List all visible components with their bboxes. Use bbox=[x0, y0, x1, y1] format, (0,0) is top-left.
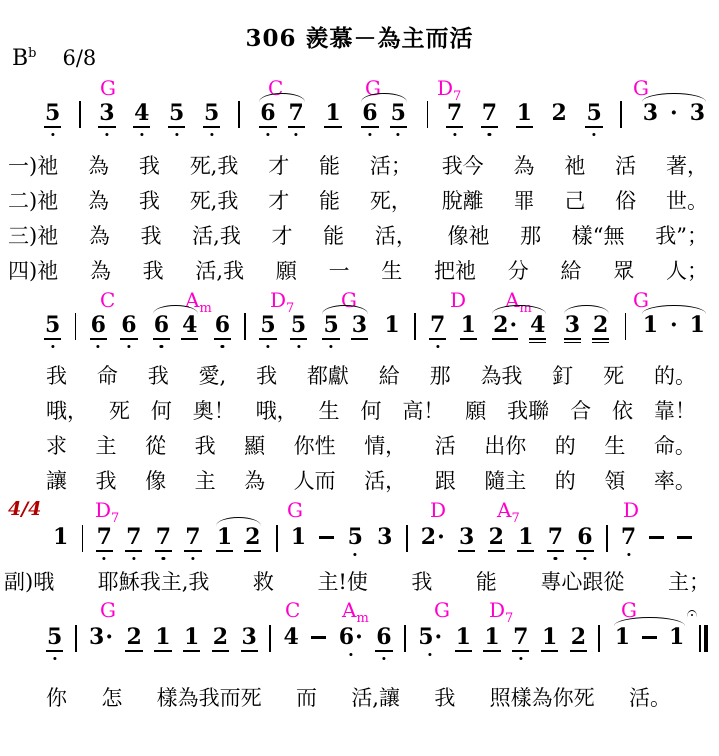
eighth-underline bbox=[244, 550, 261, 552]
eighth-underline bbox=[288, 126, 305, 128]
eighth-underline bbox=[460, 338, 477, 340]
note-7: 7 bbox=[155, 526, 172, 548]
low-octave-dot bbox=[554, 557, 557, 560]
lyric-syllable: 我 bbox=[256, 360, 277, 390]
eighth-underline bbox=[153, 338, 170, 340]
eighth-underline bbox=[259, 126, 276, 128]
note-1: 1 bbox=[689, 314, 706, 336]
eighth-underline bbox=[212, 650, 229, 652]
chord-quality: 7 bbox=[505, 611, 513, 626]
lyric-syllable: 能 bbox=[476, 566, 497, 596]
lyric-syllable: 罪 bbox=[514, 185, 535, 215]
lyric-syllable: 你性 bbox=[294, 430, 336, 460]
low-octave-dot bbox=[53, 657, 56, 660]
low-octave-dot bbox=[103, 557, 106, 560]
barline bbox=[82, 525, 84, 552]
note-digit: 6 bbox=[121, 314, 136, 336]
note-5: 5 bbox=[44, 314, 61, 336]
chord-row-3: 4/4D7GDA7D bbox=[0, 498, 719, 520]
eighth-underline bbox=[44, 126, 61, 128]
note-digit: 2 bbox=[245, 526, 260, 548]
note-4: 4 bbox=[283, 626, 300, 648]
lyric-syllable: 我 bbox=[141, 220, 162, 250]
chord-root: G bbox=[100, 76, 116, 100]
barline-thick bbox=[704, 625, 708, 652]
note-digit: 3 bbox=[352, 314, 367, 336]
chord-root: D bbox=[489, 598, 505, 622]
lyric-syllable: 死,我 bbox=[190, 150, 239, 180]
verse-3: 三)祂為我活,我才能活，像祂那樣“無我”； bbox=[8, 220, 708, 250]
lyric-syllable: 三)祂 bbox=[8, 220, 58, 250]
lyric-syllable: 活。 bbox=[629, 682, 671, 712]
note-3: 3 bbox=[458, 526, 475, 548]
augmentation-dot: · bbox=[670, 314, 678, 336]
note-digit: 2 bbox=[213, 626, 228, 648]
note-digit: 1 bbox=[384, 314, 399, 336]
chord-root: C bbox=[100, 288, 115, 312]
note-1: 1 bbox=[290, 526, 307, 548]
lyric-syllable: 願 bbox=[276, 255, 297, 285]
low-octave-dot bbox=[453, 133, 456, 136]
chord-root: D bbox=[623, 498, 639, 522]
lyric-syllable: 跟 bbox=[435, 465, 456, 495]
note-digit: 2 bbox=[493, 314, 508, 336]
note-7: 7 bbox=[96, 526, 113, 548]
lyric-syllable: 合 bbox=[570, 395, 591, 425]
final-lyric: 你怎樣為我而死而活,讓我照樣為你死活。 bbox=[46, 682, 671, 712]
low-octave-dot bbox=[266, 133, 269, 136]
lyric-syllable: 那 bbox=[520, 220, 541, 250]
lyric-syllable: 為 bbox=[88, 185, 109, 215]
lyric-syllable: 我 bbox=[96, 465, 117, 495]
eighth-underline bbox=[181, 338, 198, 340]
note-6: 6 bbox=[153, 314, 170, 336]
lyric-syllable: 那 bbox=[430, 360, 451, 390]
note-2: 2 bbox=[488, 526, 505, 548]
note-digit: 5 bbox=[45, 102, 60, 124]
low-octave-dot bbox=[127, 345, 130, 348]
lyric-syllable: 活,讓 bbox=[351, 682, 400, 712]
eighth-underline bbox=[351, 338, 368, 340]
note-6: 6 bbox=[120, 314, 137, 336]
music-line-2: 56664655531712·4321·1 bbox=[44, 314, 708, 358]
note-digit: 2 bbox=[126, 626, 141, 648]
eighth-underline bbox=[133, 126, 150, 128]
note-2: 2· bbox=[492, 314, 518, 336]
lyric-syllable: 的 bbox=[555, 430, 576, 460]
note-digit: 1 bbox=[217, 526, 232, 548]
eighth-underline bbox=[361, 126, 378, 128]
final-barline bbox=[699, 625, 708, 652]
note-digit: 3 bbox=[377, 526, 392, 548]
eighth-underline bbox=[483, 650, 500, 652]
note-digit: 6 bbox=[339, 626, 354, 648]
lyric-syllable: 我今 bbox=[442, 150, 484, 180]
lyric-syllable: 情， bbox=[364, 430, 406, 460]
note-1: 1 bbox=[517, 526, 534, 548]
note-5: 5 bbox=[46, 626, 63, 648]
eighth-underline bbox=[390, 126, 407, 128]
lyric-syllable: 為我 bbox=[480, 360, 522, 390]
note-2: 2· bbox=[420, 526, 446, 548]
note-3: 3 bbox=[689, 102, 706, 124]
note-1: 1 bbox=[516, 102, 533, 124]
low-octave-dot bbox=[132, 557, 135, 560]
note-7: 7 bbox=[620, 526, 637, 548]
eighth-underline bbox=[512, 650, 529, 652]
lyric-syllable: 死,我 bbox=[190, 185, 239, 215]
note-digit: 4 bbox=[134, 102, 149, 124]
lyric-syllable: 一)祂 bbox=[8, 150, 58, 180]
lyric-syllable: 的。 bbox=[654, 360, 696, 390]
note-digit: 1 bbox=[690, 314, 705, 336]
note-digit: 7 bbox=[430, 314, 445, 336]
note-7: 7 bbox=[125, 526, 142, 548]
lyric-syllable: 出你 bbox=[484, 430, 526, 460]
note-7: 7 bbox=[481, 102, 498, 124]
note-3: 3 bbox=[376, 526, 393, 548]
note-digit: 1 bbox=[542, 626, 557, 648]
chord-root: A bbox=[497, 498, 511, 522]
barline bbox=[414, 313, 416, 340]
note-6: 6 bbox=[90, 314, 107, 336]
low-octave-dot bbox=[97, 345, 100, 348]
lyric-syllable: 我 bbox=[46, 360, 67, 390]
eighth-underline bbox=[481, 126, 498, 128]
lyric-syllable: 俗 bbox=[615, 185, 636, 215]
lyric-syllable: 己 bbox=[564, 185, 585, 215]
note-6: 6 bbox=[259, 102, 276, 124]
note-5: 5· bbox=[417, 626, 443, 648]
lyric-syllable: 依 bbox=[612, 395, 633, 425]
lyric-syllable: 哦， bbox=[46, 395, 88, 425]
note-digit: 3 bbox=[89, 626, 104, 648]
note-digit: 2 bbox=[593, 314, 608, 336]
note-1: 1 bbox=[455, 626, 472, 648]
chord-G: G bbox=[287, 498, 303, 522]
lyric-syllable: 樣“無 bbox=[572, 220, 625, 250]
eighth-underline bbox=[564, 342, 581, 344]
lyric-syllable: 我 bbox=[195, 430, 216, 460]
low-octave-dot bbox=[368, 133, 371, 136]
barline bbox=[244, 313, 246, 340]
note-6: 6 bbox=[375, 626, 392, 648]
slur-group: 65 bbox=[359, 102, 409, 124]
low-octave-dot bbox=[175, 133, 178, 136]
note-digit: 2 bbox=[489, 526, 504, 548]
lyric-syllable: 主 bbox=[96, 430, 117, 460]
lyric-syllable: 命。 bbox=[654, 430, 696, 460]
lyric-syllable: 顯 bbox=[244, 430, 265, 460]
music-line-4: 53·2112346·65·1171211 bbox=[46, 626, 708, 670]
chord-root: D bbox=[95, 498, 111, 522]
note-digit: 5 bbox=[586, 102, 601, 124]
low-octave-dot bbox=[266, 345, 269, 348]
low-octave-dot bbox=[382, 657, 385, 660]
note-5: 5 bbox=[322, 314, 339, 336]
note-4: 4 bbox=[133, 102, 150, 124]
lyric-syllable: 主； bbox=[668, 566, 710, 596]
lyric-syllable: 把祂 bbox=[434, 255, 476, 285]
note-digit: 7 bbox=[513, 626, 528, 648]
eighth-underline bbox=[241, 650, 258, 652]
chord-root: D bbox=[270, 288, 286, 312]
chord-G: G bbox=[100, 76, 116, 100]
lyric-syllable: 一 bbox=[329, 255, 350, 285]
eighth-underline bbox=[375, 650, 392, 652]
eighth-underline bbox=[488, 550, 505, 552]
note-digit: 5 bbox=[391, 102, 406, 124]
lyric-syllable: 脫離 bbox=[442, 185, 484, 215]
chord-root: A bbox=[342, 598, 356, 622]
chord-D: D bbox=[450, 288, 466, 312]
note-digit: 1 bbox=[155, 626, 170, 648]
note-digit: 1 bbox=[615, 626, 630, 648]
lyric-syllable: 耶穌我主,我 bbox=[98, 566, 210, 596]
dash-extension bbox=[649, 536, 664, 539]
note-3: 3 bbox=[98, 102, 115, 124]
note-digit: 5 bbox=[260, 314, 275, 336]
dash-extension bbox=[677, 536, 692, 539]
low-octave-dot bbox=[105, 133, 108, 136]
note-digit: 7 bbox=[185, 526, 200, 548]
note-digit: 6 bbox=[362, 102, 377, 124]
barline bbox=[238, 101, 240, 128]
chord-D: D bbox=[430, 498, 446, 522]
note-digit: 5 bbox=[348, 526, 363, 548]
lyric-syllable: 能 bbox=[323, 220, 344, 250]
eighth-underline bbox=[44, 338, 61, 340]
low-octave-dot bbox=[436, 345, 439, 348]
lyric-syllable: 才 bbox=[268, 150, 289, 180]
low-octave-dot bbox=[51, 133, 54, 136]
low-octave-dot bbox=[429, 653, 432, 656]
slur-group: 64 bbox=[151, 314, 201, 336]
note-digit: 7 bbox=[482, 102, 497, 124]
lyric-syllable: 二)祂 bbox=[8, 185, 58, 215]
note-1: 1 bbox=[183, 626, 200, 648]
note-digit: 3 bbox=[242, 626, 257, 648]
eighth-underline bbox=[90, 338, 107, 340]
lyric-syllable: 我”； bbox=[655, 220, 708, 250]
eighth-underline bbox=[203, 126, 220, 128]
chord-root: D bbox=[437, 76, 453, 100]
lyric-syllable: 何 bbox=[151, 395, 172, 425]
barline bbox=[406, 525, 408, 552]
note-digit: 5 bbox=[169, 102, 184, 124]
note-digit: 3 bbox=[565, 314, 580, 336]
eighth-underline bbox=[46, 650, 63, 652]
slur-group: 67 bbox=[257, 102, 307, 124]
slur-group: 53 bbox=[320, 314, 370, 336]
eighth-underline bbox=[564, 338, 581, 340]
eighth-underline bbox=[458, 550, 475, 552]
low-octave-dot bbox=[488, 133, 491, 136]
lyric-syllable: 活 bbox=[435, 430, 456, 460]
lyric-syllable: 你 bbox=[46, 682, 67, 712]
chord-G: G bbox=[434, 598, 450, 622]
lyric-syllable: 何 bbox=[360, 395, 381, 425]
note-1: 1 bbox=[52, 526, 69, 548]
lyric-syllable: 靠！ bbox=[654, 395, 696, 425]
note-6: 6 bbox=[361, 102, 378, 124]
slur-group: 3·3 bbox=[640, 102, 708, 124]
lyric-syllable: 像祂 bbox=[447, 220, 489, 250]
lyric-syllable: 救 bbox=[253, 566, 274, 596]
chord-A7: A7 bbox=[497, 498, 520, 526]
note-7: 7 bbox=[446, 102, 463, 124]
low-octave-dot bbox=[627, 553, 630, 556]
low-octave-dot bbox=[162, 557, 165, 560]
note-digit: 7 bbox=[156, 526, 171, 548]
chord-root: G bbox=[434, 598, 450, 622]
barline bbox=[404, 625, 406, 652]
note-digit: 7 bbox=[289, 102, 304, 124]
lyric-syllable: 隨主 bbox=[484, 465, 526, 495]
hymn-sheet: 306 羨慕－為主而活 Bb6/8 GCGD7G 534556716577125… bbox=[0, 0, 719, 756]
lyric-syllable: 能 bbox=[319, 185, 340, 215]
note-1: 1 bbox=[216, 526, 233, 548]
note-digit: 1 bbox=[484, 626, 499, 648]
barline bbox=[75, 625, 77, 652]
barline bbox=[75, 313, 77, 340]
note-digit: 4 bbox=[530, 314, 545, 336]
eighth-underline bbox=[592, 338, 609, 340]
note-1: 1 bbox=[324, 102, 341, 124]
chord-C: C bbox=[100, 288, 115, 312]
lyric-syllable: 我 bbox=[434, 682, 455, 712]
eighth-underline bbox=[529, 338, 546, 340]
lyric-syllable: 怎 bbox=[101, 682, 122, 712]
lyric-syllable: 高！ bbox=[402, 395, 444, 425]
eighth-underline bbox=[516, 126, 533, 128]
note-digit: 6 bbox=[376, 626, 391, 648]
low-octave-dot bbox=[297, 345, 300, 348]
note-digit: 6 bbox=[215, 314, 230, 336]
music-line-3: 17777121532·321767 bbox=[52, 526, 692, 570]
note-digit: 1 bbox=[517, 102, 532, 124]
chord-D7: D7 bbox=[95, 498, 119, 526]
note-digit: 1 bbox=[184, 626, 199, 648]
lyric-syllable: 的 bbox=[555, 465, 576, 495]
lyric-syllable: 為 bbox=[244, 465, 265, 495]
note-4: 4 bbox=[529, 314, 546, 336]
barline bbox=[620, 101, 622, 128]
note-3: 3 bbox=[642, 102, 659, 124]
lyric-syllable: 活， bbox=[375, 220, 417, 250]
note-digit: 3 bbox=[459, 526, 474, 548]
note-digit: 5 bbox=[204, 102, 219, 124]
lyric-syllable: 世。 bbox=[666, 185, 708, 215]
eighth-underline bbox=[492, 338, 518, 340]
eighth-underline bbox=[585, 126, 602, 128]
note-digit: 6 bbox=[260, 102, 275, 124]
lyric-syllable: 死， bbox=[370, 185, 412, 215]
note-digit: 1 bbox=[643, 314, 658, 336]
note-digit: 2 bbox=[571, 626, 586, 648]
low-octave-dot bbox=[519, 657, 522, 660]
lyric-syllable: 我 bbox=[139, 185, 160, 215]
note-digit: 3 bbox=[690, 102, 705, 124]
note-digit: 6 bbox=[154, 314, 169, 336]
key-root: B bbox=[12, 46, 28, 71]
verse-1: 一)祂為我死,我才能活；我今為祂活著， bbox=[8, 150, 708, 180]
note-digit: 7 bbox=[621, 526, 636, 548]
chord-C: C bbox=[285, 598, 300, 622]
chord-root: G bbox=[100, 598, 116, 622]
augmentation-dot: · bbox=[670, 102, 678, 124]
lyric-syllable: 死 bbox=[109, 395, 130, 425]
slur-group: 11 bbox=[612, 626, 688, 648]
lyric-syllable: 活,我 bbox=[192, 220, 241, 250]
lyric-syllable: 著， bbox=[666, 150, 708, 180]
note-digit: 1 bbox=[518, 526, 533, 548]
note-digit: 3 bbox=[643, 102, 658, 124]
lyric-syllable: 能 bbox=[319, 150, 340, 180]
note-digit: 1 bbox=[456, 626, 471, 648]
eighth-underline bbox=[592, 342, 609, 344]
lyric-syllable: 四)祂 bbox=[8, 255, 58, 285]
dash-extension bbox=[319, 536, 334, 539]
note-7: 7 bbox=[184, 526, 201, 548]
note-2: 2 bbox=[125, 626, 142, 648]
barline bbox=[625, 313, 627, 340]
eighth-underline bbox=[168, 126, 185, 128]
low-octave-dot bbox=[160, 345, 163, 348]
low-octave-dot bbox=[51, 345, 54, 348]
chord-Am: Am bbox=[342, 598, 369, 626]
note-digit: 6 bbox=[91, 314, 106, 336]
note-2: 2 bbox=[592, 314, 609, 336]
eighth-underline bbox=[322, 338, 339, 340]
lyric-syllable: 分 bbox=[508, 255, 529, 285]
barline bbox=[79, 101, 81, 128]
augmentation-dot: · bbox=[509, 314, 517, 336]
lyric-syllable: 為 bbox=[89, 220, 110, 250]
lyric-syllable: 奧！ bbox=[193, 395, 235, 425]
eighth-underline bbox=[259, 338, 276, 340]
note-3: 3 bbox=[241, 626, 258, 648]
eighth-underline bbox=[570, 650, 587, 652]
chord-D: D bbox=[623, 498, 639, 522]
low-octave-dot bbox=[354, 553, 357, 556]
chord-G: G bbox=[100, 598, 116, 622]
note-7: 7 bbox=[429, 314, 446, 336]
note-digit: 1 bbox=[669, 626, 684, 648]
lyric-syllable: 活； bbox=[370, 150, 412, 180]
barline bbox=[598, 625, 600, 652]
note-digit: 5 bbox=[418, 626, 433, 648]
lyric-syllable: 給 bbox=[379, 360, 400, 390]
note-3: 3· bbox=[88, 626, 114, 648]
chord-row-1: GCGD7G bbox=[0, 76, 719, 98]
note-3: 3 bbox=[351, 314, 368, 336]
lyric-syllable: 主 bbox=[195, 465, 216, 495]
lyric-syllable: 生 bbox=[319, 395, 340, 425]
note-digit: 3 bbox=[99, 102, 114, 124]
slur-group: 1·1 bbox=[640, 314, 708, 336]
eighth-underline bbox=[120, 338, 137, 340]
eighth-underline bbox=[517, 550, 534, 552]
note-digit: 5 bbox=[45, 314, 60, 336]
lyric-syllable: 為 bbox=[514, 150, 535, 180]
lyric-syllable: 我 bbox=[143, 255, 164, 285]
lyric-line-1: 我命我愛,我都獻給那為我釘死的。 bbox=[46, 360, 696, 390]
note-5: 5 bbox=[585, 102, 602, 124]
low-octave-dot bbox=[593, 133, 596, 136]
note-1: 1 bbox=[614, 626, 631, 648]
eighth-underline bbox=[547, 550, 564, 552]
